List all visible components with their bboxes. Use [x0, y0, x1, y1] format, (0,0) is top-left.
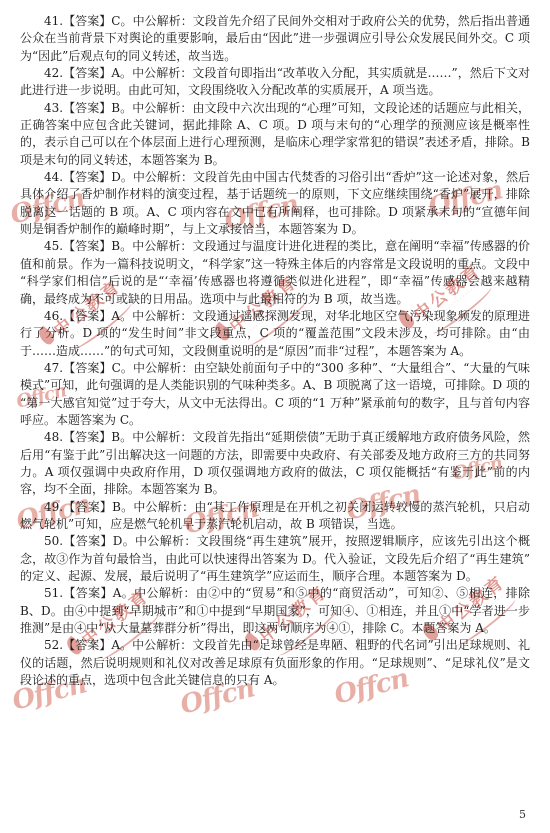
answer-paragraph-44: 44.【答案】D。中公解析：文段首先由中国古代焚香的习俗引出“香炉”这一论述对象…	[20, 169, 530, 238]
answer-paragraph-48: 48.【答案】B。中公解析：文段首先指出“延期偿债”无助于真正缓解地方政府债务风…	[20, 429, 530, 498]
answer-paragraph-51: 51.【答案】A。中公解析：由②中的“贸易”和⑤中的“商贸活动”，可知②、⑤相连…	[20, 585, 530, 637]
document-page: { "document": { "page_number": "5", "ans…	[0, 0, 550, 833]
answer-paragraph-50: 50.【答案】D。中公解析：文段围绕“再生建筑”展开，按照逻辑顺序，应该先引出这…	[20, 533, 530, 585]
answer-paragraph-43: 43.【答案】B。中公解析：由文段中六次出现的“心理”可知，文段论述的话题应与此…	[20, 100, 530, 169]
answer-paragraph-49: 49.【答案】B。中公解析：由“其工作原理是在开机之初关闭运转较慢的蒸汽轮机，只…	[20, 499, 530, 534]
answer-paragraph-52: 52.【答案】A。中公解析：文段首先由“足球曾经是卑陋、粗野的代名词”引出足球规…	[20, 637, 530, 689]
answer-paragraph-41: 41.【答案】C。中公解析：文段首先介绍了民间外交相对于政府公关的优势，然后指出…	[20, 13, 530, 65]
answer-explanations: 41.【答案】C。中公解析：文段首先介绍了民间外交相对于政府公关的优势，然后指出…	[20, 13, 530, 689]
page-number: 5	[519, 808, 526, 821]
answer-paragraph-45: 45.【答案】B。中公解析：文段通过与温度计进化进程的类比，意在阐明“幸福”传感…	[20, 238, 530, 307]
answer-paragraph-47: 47.【答案】C。中公解析：由空缺处前面句子中的“300 多种”、“大量组合”、…	[20, 360, 530, 429]
answer-paragraph-42: 42.【答案】A。中公解析：文段首句即指出“改革收入分配，其实质就是……”，然后…	[20, 65, 530, 100]
answer-paragraph-46: 46.【答案】A。中公解析：文段通过遥感探测发现，对华北地区空气污染现象频发的原…	[20, 308, 530, 360]
